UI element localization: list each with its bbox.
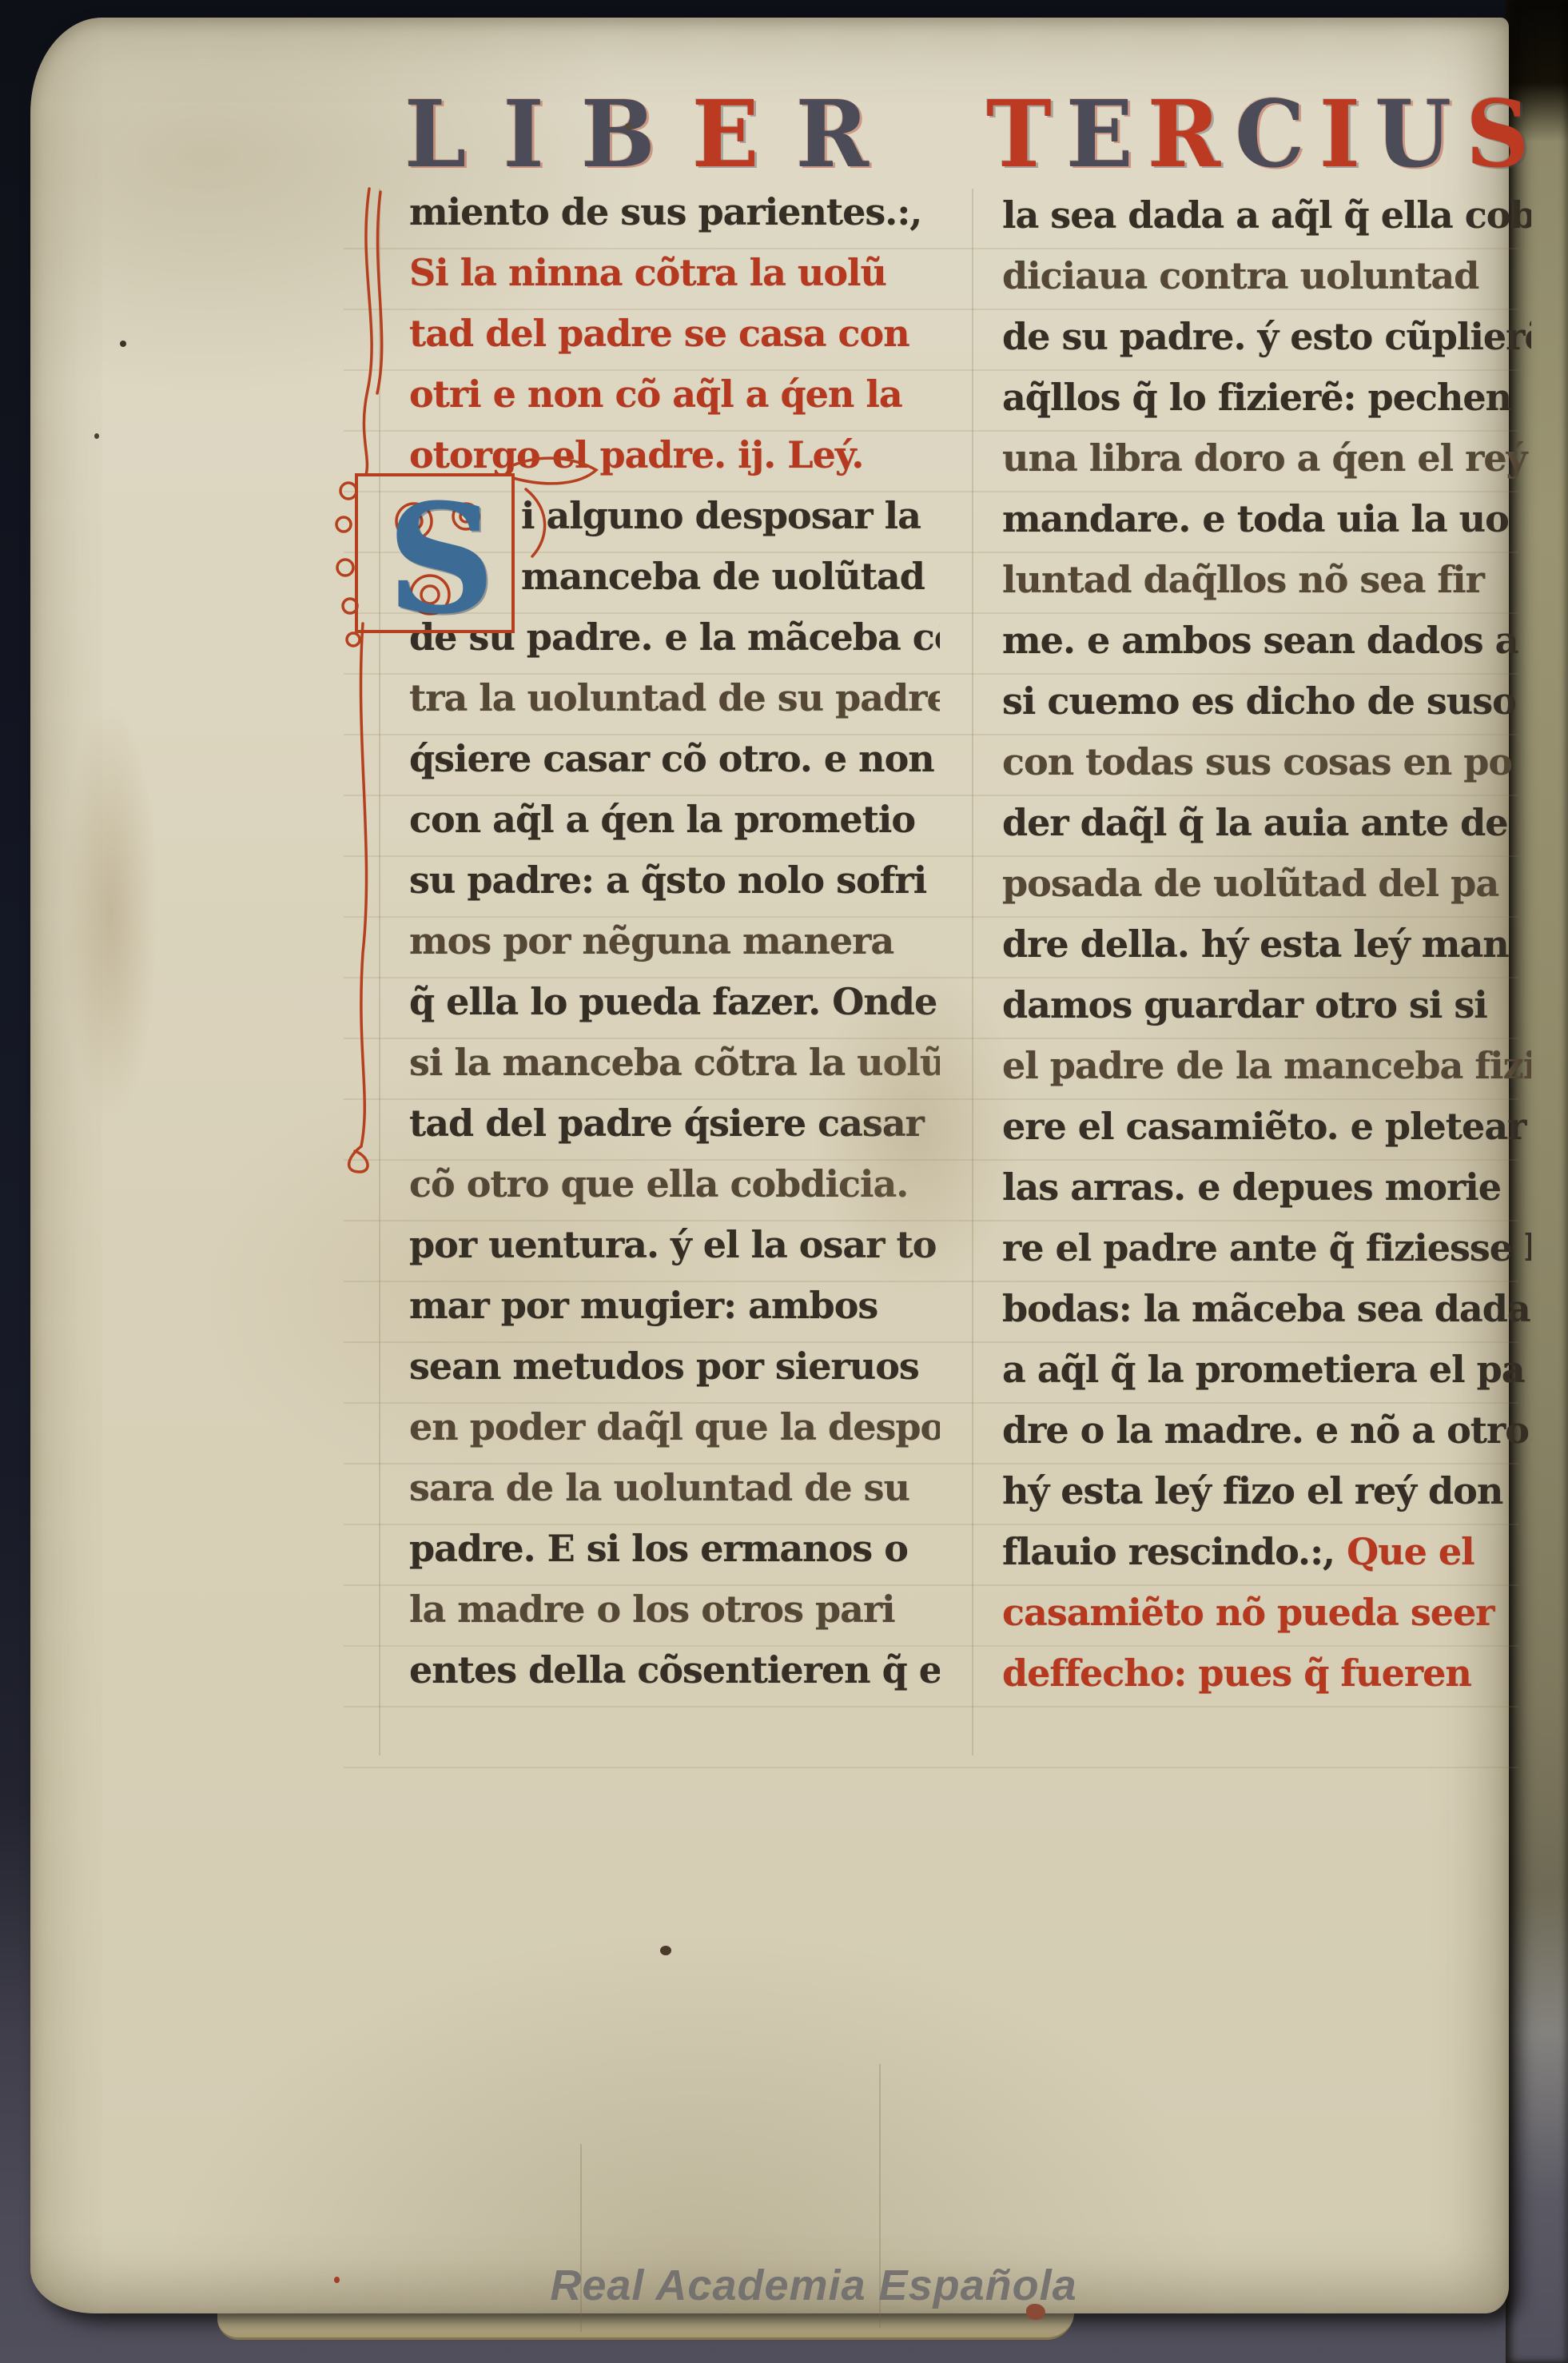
illuminated-initial-s: S: [387, 484, 531, 641]
ink-speck: [660, 1946, 671, 1955]
manuscript-photo: LIBER TERCIUS S miento de sus parientes.…: [0, 0, 1568, 2363]
parchment-page: LIBER TERCIUS S miento de sus parientes.…: [30, 18, 1509, 2313]
red-pen-flourish: [30, 18, 1509, 2313]
watermark: Real Academia Española: [518, 2261, 1109, 2310]
ink-speck: [94, 433, 99, 439]
ink-speck: [120, 341, 126, 347]
ink-speck: [625, 123, 632, 130]
red-speck: [334, 2277, 340, 2283]
